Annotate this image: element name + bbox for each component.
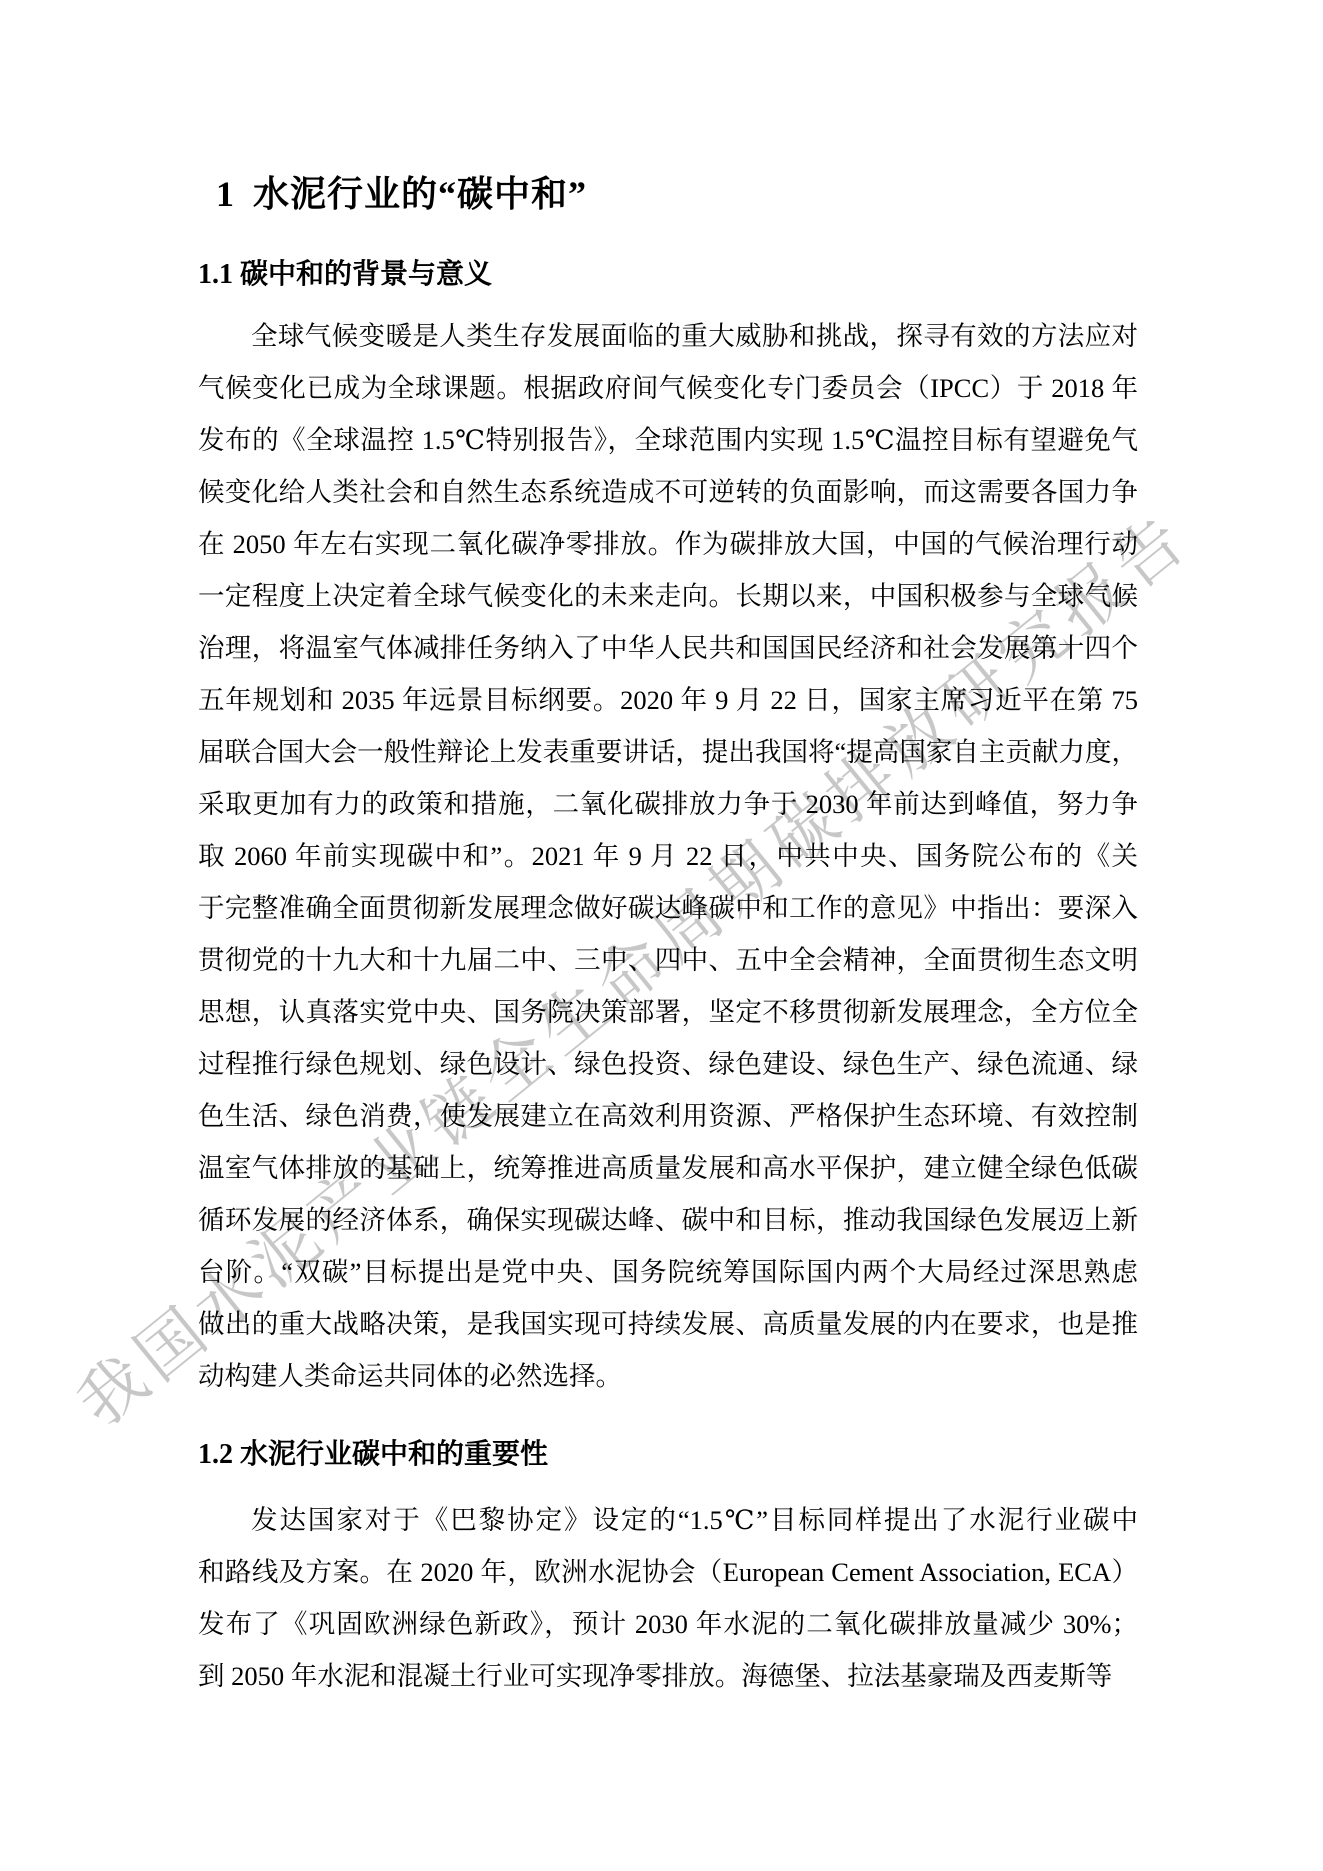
text-line: 候变化给人类社会和自然生态系统造成不可逆转的负面影响，而这需要各国力争 [198, 466, 1138, 518]
text-line: 于完整准确全面贯彻新发展理念做好碳达峰碳中和工作的意见》中指出：要深入 [198, 882, 1138, 934]
text-line: 贯彻党的十九大和十九届二中、三中、四中、五中全会精神，全面贯彻生态文明 [198, 934, 1138, 986]
text-line: 一定程度上决定着全球气候变化的未来走向。长期以来，中国积极参与全球气候 [198, 570, 1138, 622]
text-line: 做出的重大战略决策，是我国实现可持续发展、高质量发展的内在要求，也是推 [198, 1298, 1138, 1350]
paragraph-1-1: 全球气候变暖是人类生存发展面临的重大威胁和挑战，探寻有效的方法应对 气候变化已成… [198, 310, 1138, 1402]
text-line: 循环发展的经济体系，确保实现碳达峰、碳中和目标，推动我国绿色发展迈上新 [198, 1194, 1138, 1246]
text-line: 取 2060 年前实现碳中和”。2021 年 9 月 22 日，中共中央、国务院… [198, 830, 1138, 882]
text-line: 在 2050 年左右实现二氧化碳净零排放。作为碳排放大国，中国的气候治理行动 [198, 518, 1138, 570]
page-content: 1水泥行业的“碳中和” 1.1 碳中和的背景与意义 全球气候变暖是人类生存发展面… [0, 172, 1323, 1702]
text-line: 全球气候变暖是人类生存发展面临的重大威胁和挑战，探寻有效的方法应对 [198, 310, 1138, 362]
text-line: 过程推行绿色规划、绿色设计、绿色投资、绿色建设、绿色生产、绿色流通、绿 [198, 1038, 1138, 1090]
paragraph-1-2: 发达国家对于《巴黎协定》设定的“1.5℃”目标同样提出了水泥行业碳中 和路线及方… [198, 1494, 1138, 1702]
text-line: 采取更加有力的政策和措施，二氧化碳排放力争于 2030 年前达到峰值，努力争 [198, 778, 1138, 830]
text-line: 发布了《巩固欧洲绿色新政》，预计 2030 年水泥的二氧化碳排放量减少 30%； [198, 1598, 1138, 1650]
text-line: 色生活、绿色消费，使发展建立在高效利用资源、严格保护生态环境、有效控制 [198, 1090, 1138, 1142]
text-line: 到 2050 年水泥和混凝土行业可实现净零排放。海德堡、拉法基豪瑞及西麦斯等 [198, 1650, 1138, 1702]
chapter-number: 1 [216, 174, 235, 214]
text-line: 五年规划和 2035 年远景目标纲要。2020 年 9 月 22 日，国家主席习… [198, 674, 1138, 726]
text-line: 发达国家对于《巴黎协定》设定的“1.5℃”目标同样提出了水泥行业碳中 [198, 1494, 1138, 1546]
section-heading-1-2: 1.2 水泥行业碳中和的重要性 [198, 1438, 1138, 1472]
text-line: 思想，认真落实党中央、国务院决策部署，坚定不移贯彻新发展理念，全方位全 [198, 986, 1138, 1038]
text-line: 温室气体排放的基础上，统筹推进高质量发展和高水平保护，建立健全绿色低碳 [198, 1142, 1138, 1194]
chapter-title: 水泥行业的“碳中和” [253, 174, 587, 214]
text-line: 治理，将温室气体减排任务纳入了中华人民共和国国民经济和社会发展第十四个 [198, 622, 1138, 674]
text-line: 发布的《全球温控 1.5℃特别报告》，全球范围内实现 1.5℃温控目标有望避免气 [198, 414, 1138, 466]
text-line: 和路线及方案。在 2020 年，欧洲水泥协会（European Cement A… [198, 1546, 1138, 1598]
document-page: 我国水泥产业链全生命周期碳排放研究报告 1水泥行业的“碳中和” 1.1 碳中和的… [0, 0, 1323, 1871]
section-heading-1-1: 1.1 碳中和的背景与意义 [198, 258, 1138, 292]
chapter-heading: 1水泥行业的“碳中和” [216, 172, 1138, 216]
text-line: 台阶。“双碳”目标提出是党中央、国务院统筹国际国内两个大局经过深思熟虑 [198, 1246, 1138, 1298]
text-line: 气候变化已成为全球课题。根据政府间气候变化专门委员会（IPCC）于 2018 年 [198, 362, 1138, 414]
text-line: 动构建人类命运共同体的必然选择。 [198, 1350, 1138, 1402]
text-line: 届联合国大会一般性辩论上发表重要讲话，提出我国将“提高国家自主贡献力度， [198, 726, 1138, 778]
